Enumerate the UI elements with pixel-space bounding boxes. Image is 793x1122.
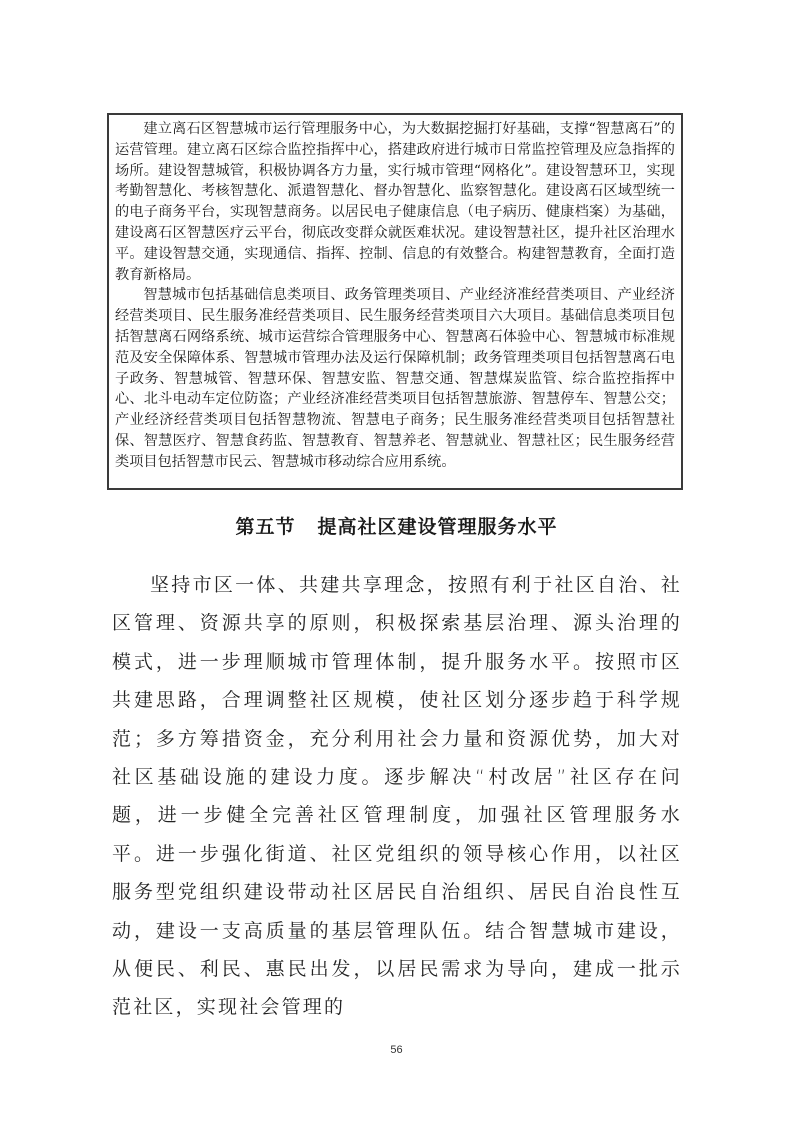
section-number: 第五节 xyxy=(235,516,295,538)
section-heading: 第五节提高社区建设管理服务水平 xyxy=(0,512,793,539)
box-paragraph: 建立离石区智慧城市运行管理服务中心，为大数据挖掘打好基础，支撑“智慧离石”的运营… xyxy=(115,119,675,285)
body-paragraph: 坚持市区一体、共建共享理念，按照有利于社区自治、社区管理、资源共享的原则，积极探… xyxy=(112,566,682,1027)
boxed-text-section: 建立离石区智慧城市运行管理服务中心，为大数据挖掘打好基础，支撑“智慧离石”的运营… xyxy=(107,113,683,490)
page-number: 56 xyxy=(0,1044,793,1056)
section-title: 提高社区建设管理服务水平 xyxy=(318,516,558,538)
box-paragraph: 智慧城市包括基础信息类项目、政务管理类项目、产业经济准经营类项目、产业经济经营类… xyxy=(115,285,675,472)
body-text: 坚持市区一体、共建共享理念，按照有利于社区自治、社区管理、资源共享的原则，积极探… xyxy=(112,566,682,1027)
